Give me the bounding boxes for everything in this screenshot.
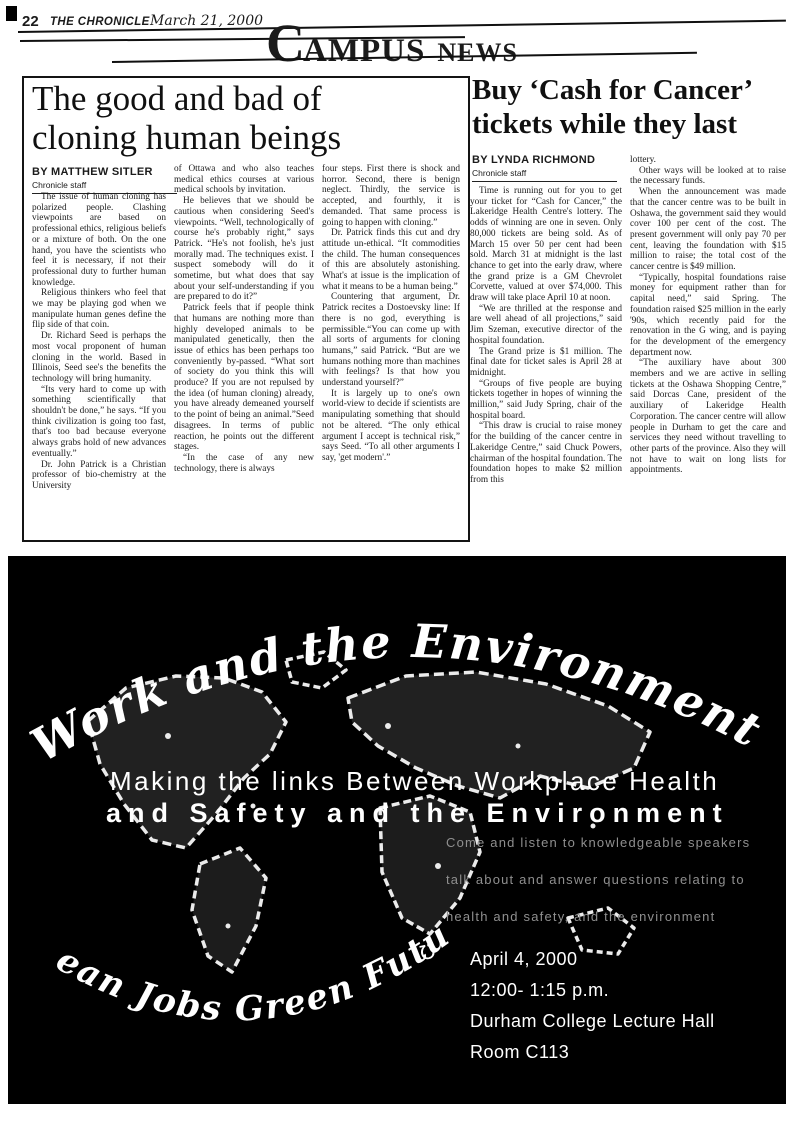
page-number: 22 (22, 13, 39, 30)
event-details: April 4, 2000 12:00- 1:15 p.m. Durham Co… (470, 944, 715, 1068)
description-line: health and safety, and the environment (446, 898, 781, 935)
headline-line: The good and bad of (32, 80, 452, 119)
cancer-column-2: lottery. Other ways will be looked at to… (630, 155, 786, 548)
byline-name: BY MATTHEW SITLER (32, 166, 153, 178)
paragraph: Religious thinkers who feel that we may … (32, 288, 166, 331)
paragraph: Other ways will be looked at to raise th… (630, 166, 786, 187)
cancer-column-1: Time is running out for you to get your … (470, 186, 622, 548)
paragraph: “In the case of any new technology, ther… (174, 453, 314, 474)
paragraph: “This draw is crucial to raise money for… (470, 421, 622, 485)
paragraph: The Grand prize is $1 million. The final… (470, 347, 622, 379)
cloning-column-2: of Ottawa and who also teaches medical e… (174, 164, 314, 532)
newspaper-page: 22 THE CHRONICLE March 21, 2000 CAMPUSNE… (0, 0, 791, 1122)
cloning-byline: BY MATTHEW SITLER Chronicle staff (32, 162, 177, 194)
poster-headline-line2: and Safety and the Environment (106, 800, 786, 827)
cloning-column-1: The issue of human cloning has polarized… (32, 192, 166, 530)
section-banner: CAMPUSNEWS (266, 16, 518, 70)
paragraph: “Typically, hospital foundations raise m… (630, 273, 786, 359)
work-environment-poster: Work and the Environment Making the link… (8, 556, 786, 1104)
paragraph: “Groups of five people are buying ticket… (470, 379, 622, 422)
event-time: 12:00- 1:15 p.m. (470, 975, 715, 1006)
section-word: NEWS (437, 38, 518, 67)
paragraph: four steps. First there is shock and hor… (322, 164, 460, 228)
paragraph: “The auxiliary have about 300 members an… (630, 358, 786, 476)
event-room: Room C113 (470, 1037, 715, 1068)
paragraph: of Ottawa and who also teaches medical e… (174, 164, 314, 196)
section-initial: C (266, 13, 305, 73)
scan-artifact (6, 6, 17, 21)
event-date: April 4, 2000 (470, 944, 715, 975)
event-venue: Durham College Lecture Hall (470, 1006, 715, 1037)
paragraph: It is largely up to one's own world-view… (322, 389, 460, 464)
byline-name: BY LYNDA RICHMOND (472, 154, 595, 166)
svg-text:Clean Jobs Green Future: Clean Jobs Green Future (26, 918, 458, 1030)
arc-bottom-text: Clean Jobs Green Future (26, 918, 458, 1030)
paragraph: “We are thrilled at the response and are… (470, 304, 622, 347)
cancer-byline: BY LYNDA RICHMOND Chronicle staff (472, 150, 617, 182)
paragraph: Patrick feels that if people think that … (174, 303, 314, 453)
masthead: THE CHRONICLE (50, 16, 150, 28)
paragraph: Dr. Patrick finds this cut and dry attit… (322, 228, 460, 292)
paragraph: Dr. Richard Seed is perhaps the most voc… (32, 331, 166, 385)
headline-line: cloning human beings (32, 119, 452, 158)
cloning-headline: The good and bad of cloning human beings (32, 80, 452, 157)
description-line: Come and listen to knowledgeable speaker… (446, 824, 781, 861)
paragraph: When the announcement was made that the … (630, 187, 786, 273)
issue-date: March 21, 2000 (150, 13, 263, 29)
byline-role: Chronicle staff (472, 168, 617, 182)
paragraph: Countering that argument, Dr. Patrick re… (322, 292, 460, 388)
arc-top-text: Work and the Environment (22, 614, 771, 773)
paragraph: He believes that we should be cautious w… (174, 196, 314, 303)
description-line: talk about and answer questions relating… (446, 861, 781, 898)
poster-headline-line1: Making the links Between Workplace Healt… (110, 768, 786, 794)
paragraph: “Its very hard to come up with something… (32, 385, 166, 460)
paragraph: The issue of human cloning has polarized… (32, 192, 166, 288)
svg-text:Work and the Environment: Work and the Environment (22, 614, 771, 773)
paragraph: lottery. (630, 155, 786, 166)
poster-description: Come and listen to knowledgeable speaker… (446, 824, 781, 935)
cancer-headline: Buy ‘Cash for Cancer’ tickets while they… (472, 74, 788, 142)
poster-arc-slogan: Clean Jobs Green Future (26, 918, 486, 1104)
headline-line: Buy ‘Cash for Cancer’ (472, 74, 788, 108)
paragraph: Time is running out for you to get your … (470, 186, 622, 304)
cloning-article: The good and bad of cloning human beings… (22, 76, 470, 542)
headline-line: tickets while they last (472, 108, 788, 142)
cloning-column-3: four steps. First there is shock and hor… (322, 164, 460, 532)
paragraph: Dr. John Patrick is a Christian professo… (32, 460, 166, 492)
section-name: AMPUS (303, 33, 425, 69)
